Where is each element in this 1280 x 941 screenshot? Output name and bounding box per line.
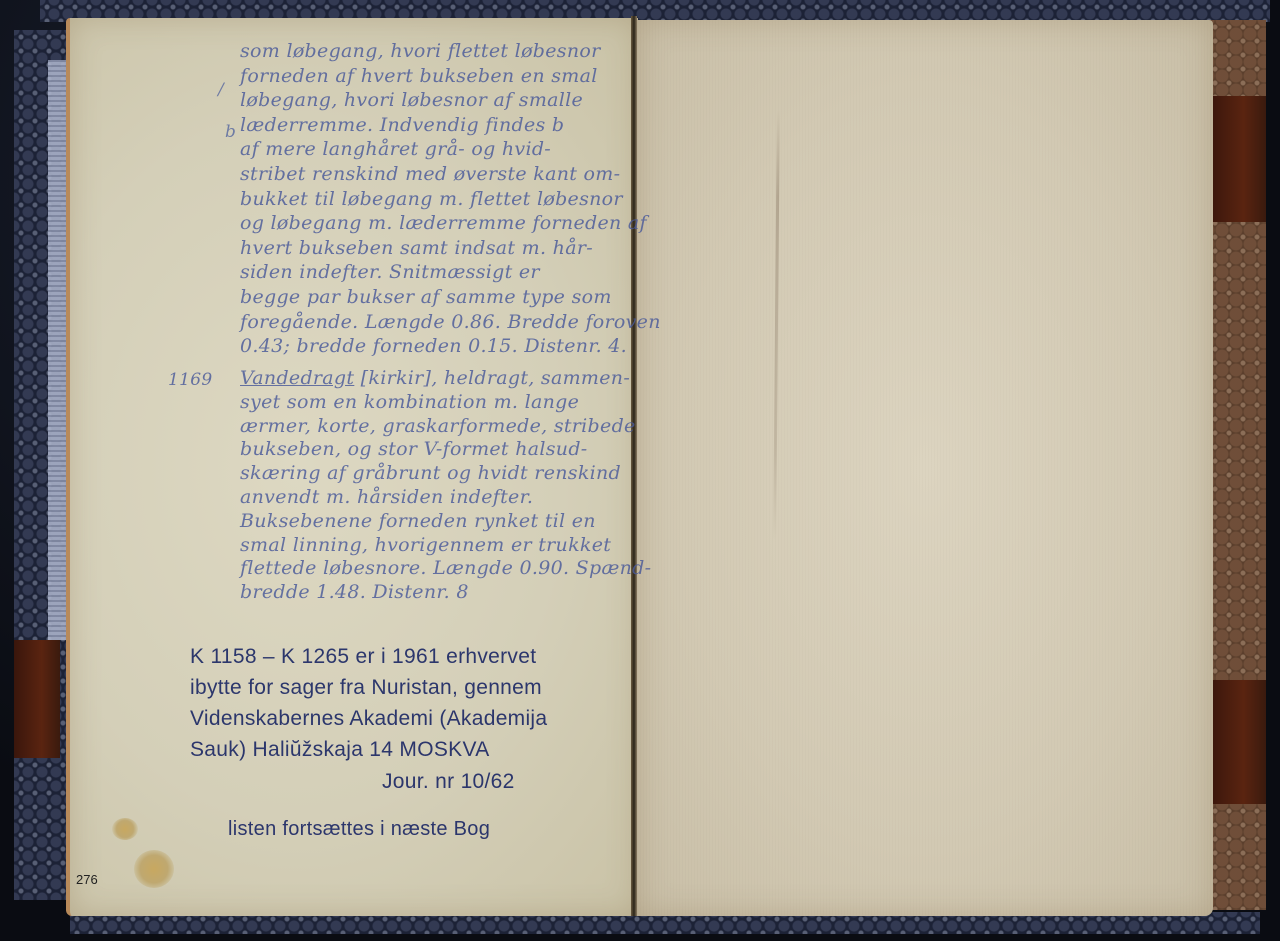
entry-native-term: [kirkir] xyxy=(361,367,432,389)
stain xyxy=(112,818,138,840)
handwritten-line: hvert bukseben samt indsat m. hår- xyxy=(240,237,593,259)
handwritten-line: som løbegang, hvori flettet løbesnor xyxy=(240,40,601,62)
handwritten-line: Buksebenene forneden rynket til en xyxy=(240,510,596,532)
handwritten-line: af mere langhåret grå- og hvid- xyxy=(240,138,551,160)
handwritten-line: skæring af gråbrunt og hvidt renskind xyxy=(240,462,621,484)
tape-strip xyxy=(1210,680,1266,804)
tape-strip xyxy=(14,640,60,758)
entry-heading: Vandedragt [kirkir], heldragt, sammen- xyxy=(240,367,630,389)
handwritten-line: foregående. Længde 0.86. Bredde foroven xyxy=(240,311,661,333)
handwritten-line: bukket til løbegang m. flettet løbesnor xyxy=(240,188,623,210)
stain xyxy=(134,850,174,888)
continuation-footer: listen fortsættes i næste Bog xyxy=(228,818,490,841)
handwritten-line: siden indefter. Snitmæssigt er xyxy=(240,261,540,283)
handwritten-line: forneden af hvert bukseben en smal xyxy=(240,65,598,87)
entry-title: Vandedragt xyxy=(240,367,354,389)
handwritten-line: Sauk) Haliŭžskaja 14 MOSKVA xyxy=(190,738,490,762)
handwritten-line: læderremme. Indvendig findes b xyxy=(240,114,564,136)
handwritten-line: 0.43; bredde forneden 0.15. Distenr. 4. xyxy=(240,335,627,357)
margin-mark: b xyxy=(225,122,236,142)
book-gutter xyxy=(631,16,637,916)
journal-number: Jour. nr 10/62 xyxy=(382,770,515,794)
handwritten-line: stribet renskind med øverste kant om- xyxy=(240,163,620,185)
entry-number: 1169 xyxy=(168,370,212,390)
handwritten-line: bredde 1.48. Distenr. 8 xyxy=(240,581,469,603)
entry-line: , heldragt, sammen- xyxy=(431,367,630,389)
handwritten-line: anvendt m. hårsiden indefter. xyxy=(240,486,533,508)
handwritten-line: ibytte for sager fra Nuristan, gennem xyxy=(190,676,542,700)
handwritten-line: begge par bukser af samme type som xyxy=(240,286,612,308)
page-edges xyxy=(48,60,66,640)
handwritten-line: flettede løbesnore. Længde 0.90. Spænd- xyxy=(240,557,651,579)
handwritten-line: ærmer, korte, graskarformede, stribede xyxy=(240,415,636,437)
right-page xyxy=(637,20,1213,916)
handwritten-line: smal linning, hvorigennem er trukket xyxy=(240,534,611,556)
handwritten-line: bukseben, og stor V-formet halsud- xyxy=(240,438,588,460)
handwritten-line: og løbegang m. læderremme forneden af xyxy=(240,212,647,234)
handwritten-line: løbegang, hvori løbesnor af smalle xyxy=(240,89,583,111)
handwritten-line: Videnskabernes Akademi (Akademija xyxy=(190,707,547,731)
handwritten-line: K 1158 – K 1265 er i 1961 erhvervet xyxy=(190,645,536,669)
page-number: 276 xyxy=(76,872,98,887)
handwritten-line: syet som en kombination m. lange xyxy=(240,391,579,413)
margin-mark: / xyxy=(218,80,224,100)
tape-strip xyxy=(1210,96,1266,222)
